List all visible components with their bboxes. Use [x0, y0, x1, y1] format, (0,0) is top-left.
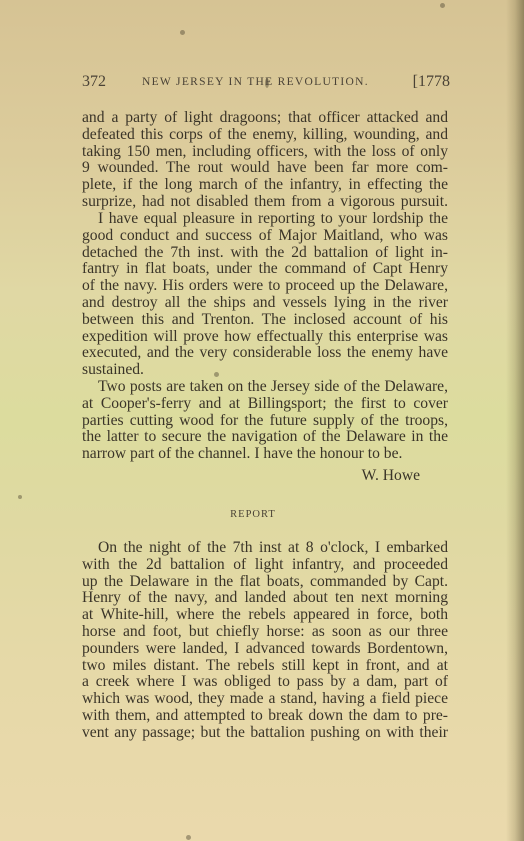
text-line: parties cutting wood for the future supp… [82, 413, 448, 430]
text-line: Henry of the navy, and landed about ten … [82, 590, 448, 607]
letter-paragraph-1: and a party of light dragoons; that offi… [82, 110, 448, 211]
text-line: the latter to secure the navigation of t… [82, 429, 448, 446]
text-line: defeated this corps of the enemy, killin… [82, 127, 448, 144]
text-line: between this and Trenton. The inclosed a… [82, 312, 448, 329]
letter-paragraph-2: I have equal pleasure in reporting to yo… [82, 211, 448, 379]
paper-speck [180, 30, 185, 35]
text-line: with the 2d battalion of light infantry,… [82, 557, 448, 574]
paper-speck [440, 3, 445, 8]
text-line: expedition will prove how effectually th… [82, 329, 448, 346]
text-line: Two posts are taken on the Jersey side o… [82, 379, 448, 396]
text-line: horse and foot, but chiefly horse: as so… [82, 624, 448, 641]
text-line: two miles distant. The rebels still kept… [82, 658, 448, 675]
text-line: pounders were landed, I advanced towards… [82, 641, 448, 658]
text-line: narrow part of the channel. I have the h… [82, 446, 448, 463]
text-line: executed, and the very considerable loss… [82, 345, 448, 362]
text-line: taking 150 men, including officers, with… [82, 144, 448, 161]
running-year: [1778 [413, 73, 450, 91]
signature: W. Howe [362, 467, 420, 485]
text-line: at Cooper's-ferry and at Billingsport; t… [82, 396, 448, 413]
running-head: 372 NEW JERSEY IN THE REVOLUTION. [1778 [82, 73, 448, 93]
text-line: fantry in flat boats, under the command … [82, 261, 448, 278]
text-line: with them, and attempted to break down t… [82, 708, 448, 725]
text-line: up the Delaware in the flat boats, comma… [82, 574, 448, 591]
text-line: good conduct and success of Major Maitla… [82, 228, 448, 245]
text-line: of the navy. His orders were to proceed … [82, 278, 448, 295]
running-title: NEW JERSEY IN THE REVOLUTION. [142, 76, 369, 88]
text-line: sustained. [82, 362, 448, 379]
text-line: detached the 7th inst. with the 2d batta… [82, 245, 448, 262]
section-heading-report: REPORT [82, 509, 424, 520]
report-paragraph-1: On the night of the 7th inst at 8 o'cloc… [82, 540, 448, 742]
text-line: a creek where I was obliged to pass by a… [82, 674, 448, 691]
page-number: 372 [82, 73, 106, 91]
text-line: On the night of the 7th inst at 8 o'cloc… [82, 540, 448, 557]
text-line: at White-hill, where the rebels appeared… [82, 607, 448, 624]
paper-speck [18, 495, 22, 499]
text-line: and destroy all the ships and vessels ly… [82, 295, 448, 312]
text-line: vent any passage; but the battalion push… [82, 725, 448, 742]
text-line: 9 wounded. The rout would have been far … [82, 160, 448, 177]
text-line: plete, if the long march of the infantry… [82, 177, 448, 194]
letter-paragraph-3: Two posts are taken on the Jersey side o… [82, 379, 448, 463]
text-line: surprize, had not disabled them from a v… [82, 194, 448, 211]
text-line: I have equal pleasure in reporting to yo… [82, 211, 448, 228]
text-line: and a party of light dragoons; that offi… [82, 110, 448, 127]
paper-speck [186, 835, 191, 840]
page-edge-shadow [506, 0, 524, 841]
text-line: which was wood, they made a stand, havin… [82, 691, 448, 708]
